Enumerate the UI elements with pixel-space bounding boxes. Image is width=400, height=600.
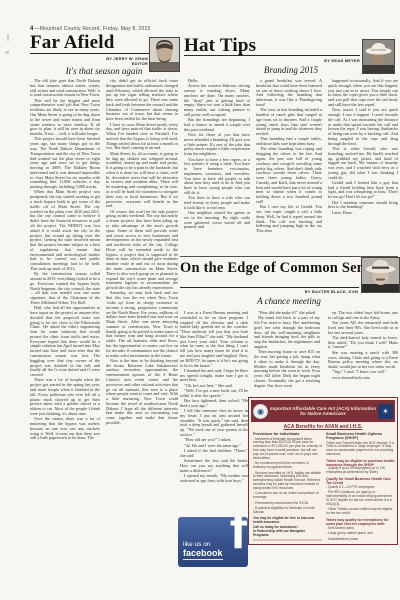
paragraph: - Services provided at I.H.S. facility a… xyxy=(253,472,322,491)
paragraph: - Members of federally recognized tribes… xyxy=(253,438,322,461)
paragraph: The crew at this branding included a han… xyxy=(256,108,322,137)
paragraph: You have to have a wife who can feed twe… xyxy=(184,196,250,210)
paragraph: Across the western Dakotas calving seaso… xyxy=(184,84,250,117)
paragraph: Sometimes the less said the better. How … xyxy=(180,459,248,473)
hat-tips-headline: Branding 2015 xyxy=(184,66,398,75)
paragraph: - Qualify if 1—24 FTE employees xyxy=(326,486,395,490)
paragraph: One neighbor started the gather at six i… xyxy=(184,211,250,230)
paragraph: Ten years AD she remarried and both live… xyxy=(328,321,398,335)
paragraph: - Consumers can do an online comparison … xyxy=(253,492,322,500)
paragraph: Did I mention someone should bring beer … xyxy=(328,201,398,211)
hat-tips-byline: BY DEAN MEYER xyxy=(265,58,360,63)
common-sense-headline: A chance meeting xyxy=(180,297,398,306)
paragraph: I thanked her and said, I hope he likes … xyxy=(180,369,248,383)
paragraph: This is when Gerald, who was branding, n… xyxy=(328,147,398,180)
common-sense-column-2: "How did she make it?" she asked.My mind… xyxy=(254,311,320,395)
paragraph: This project should have been finished y… xyxy=(30,137,100,190)
paragraph: a grand breakfast was served. A breakfas… xyxy=(256,79,322,108)
ad-section-heading: Qualify for Small Business Health Care T… xyxy=(326,477,395,485)
paragraph: - Qualify if up to 50 employees (or in 1… xyxy=(326,467,395,475)
common-sense-byline: BY BAXTER BLACK, DVM xyxy=(240,289,358,294)
scan-mark xyxy=(5,51,9,54)
paragraph: Now is the time to be thinking beyond th… xyxy=(106,359,178,426)
far-afield-column-1: The old joke goes that North Dakota has … xyxy=(30,79,100,550)
ad-section-heading: Tribes may qualify for exemptions for so… xyxy=(326,518,395,526)
aca-ad-header-text: Important Affordable Care Act (ACA) Info… xyxy=(268,406,378,417)
newspaper-page: 4—Mountrail County Record, Friday, May 8… xyxy=(0,0,400,600)
hat-tips-column-1: Hello,Across the western Dakotas calving… xyxy=(184,79,250,251)
hat-tips-column-2: a grand breakfast was served. A breakfas… xyxy=(256,79,322,251)
paragraph: city didn't get its official truck route… xyxy=(106,79,178,122)
common-sense-title: On the Edge of Common Sense xyxy=(180,261,378,276)
aca-left-bullets: - Members of federally recognized tribes… xyxy=(253,438,322,516)
aca-ad-title: ACA Benefits for AI/AN and I.H.S. xyxy=(253,424,393,430)
common-sense-column-1: I was at a Farm Bureau meeting and sched… xyxy=(180,311,248,507)
aca-ad-header: ◉ Important Affordable Care Act (ACA) In… xyxy=(251,400,395,422)
paragraph: Over the winter, there was a lot of mutt… xyxy=(30,417,100,441)
scan-mark xyxy=(7,34,9,41)
paragraph: I was at a Farm Bureau meeting and sched… xyxy=(180,311,248,368)
paragraph: She was running a ranch with 300 cows, r… xyxy=(328,351,398,370)
paragraph: Now, notice I said if you are quick enou… xyxy=(328,108,398,146)
ad-section-heading: Tribes may be eligible to purchase healt… xyxy=(326,459,395,467)
far-afield-column-2: city didn't get its official truck route… xyxy=(106,79,178,550)
paragraph: There was a lot of hoopla when the proje… xyxy=(30,378,100,416)
headline-rule xyxy=(30,53,149,54)
cowboy-hat-mustache-portrait-icon xyxy=(362,258,399,292)
paragraph: - Per IRS Guidance, an agency or instrum… xyxy=(326,491,395,506)
paragraph: The dark-haired lady turned to leave, th… xyxy=(328,336,398,350)
far-afield-headline: It's that season again xyxy=(30,67,178,76)
hat-tips-column-3: happened occasionally. And if you are qu… xyxy=(328,79,398,251)
common-sense-column-3: on. The two oldest boys left home, one t… xyxy=(328,311,398,395)
paragraph: When that Main Street project was postpo… xyxy=(30,190,100,271)
paragraph: - Permanently reauthorized the IHCIA. xyxy=(253,502,322,506)
headline-rule xyxy=(180,287,359,288)
hat-tips-title: Hat Tips xyxy=(184,36,256,55)
headline-rule xyxy=(184,55,360,56)
paragraph: But the brandings are beginning. I had a… xyxy=(184,118,250,132)
paragraph: The other branding was roping and draggi… xyxy=(256,147,322,204)
cms-emblem-icon: ◉ xyxy=(253,404,268,419)
paragraph: - Other Tribally owned entities may be e… xyxy=(326,508,395,516)
paragraph: - Expanded eligibility for Medicaid in N… xyxy=(253,507,322,515)
paragraph: - Grandfathered plans xyxy=(326,538,395,541)
author-photo-baxter-black xyxy=(361,257,400,293)
paragraph: - No enrollment period for members of fe… xyxy=(253,462,322,470)
facebook-ad-line2: facebook xyxy=(183,549,223,560)
aca-ad-right-column: Small Business Health Options Programs (… xyxy=(326,432,395,541)
paragraph: Now for those of you that have never att… xyxy=(184,133,250,157)
far-afield-title: Far Afield xyxy=(30,33,115,52)
paragraph: I have to cross Main Street nearly every… xyxy=(106,123,178,152)
paragraph: Later, Dean xyxy=(328,211,398,216)
paragraph: By the construction season rolled around… xyxy=(30,272,100,305)
paragraph: - Large group market plans, and xyxy=(326,532,395,536)
paragraph: I felt like someone shot an arrow in my … xyxy=(180,409,248,438)
paragraph: You have to have a few ropers, or a few … xyxy=(184,158,250,196)
paragraph: The old joke goes that North Dakota has … xyxy=(30,79,100,98)
paragraph: I asked if she had children. "Three," sh… xyxy=(180,449,248,459)
paragraph: In Partnership with our Navigator Progra… xyxy=(253,530,322,538)
paragraph: Hall, who had all the opportunities to h… xyxy=(30,306,100,378)
paragraph: But I owe my life to Gerald. You see, on… xyxy=(256,205,322,234)
paragraph: I opened my mouth, "My mother was widowe… xyxy=(180,474,248,484)
paragraph: Tribes and Tribal Entities are NOT exemp… xyxy=(326,442,395,457)
facebook-ad-text: like us on facebook xyxy=(183,542,223,560)
far-afield-byline: BY JERRY W. KRAM EDITOR xyxy=(58,56,148,66)
tribal-seal-icon: ✶ xyxy=(378,404,393,419)
aca-left-heading: Provisions for Individuals xyxy=(253,432,322,436)
paragraph: Gerald said I looked like a guy that had… xyxy=(328,181,398,200)
paragraph: My mind slid back to a part of my life I… xyxy=(254,316,320,349)
paragraph: You may be eligible for free or low-cost… xyxy=(253,517,322,525)
paragraph: Someday, we may look back and see that t… xyxy=(106,291,178,358)
aca-ad-left-column: Provisions for Individuals - Members of … xyxy=(253,432,322,541)
aca-contact-box: United Tribes Tribal Leaders Health Boar… xyxy=(253,539,322,541)
paragraph: happened occasionally. And if you are qu… xyxy=(328,79,398,108)
facebook-f-icon: f xyxy=(230,517,247,557)
paragraph: - Self-funded plans xyxy=(326,527,395,531)
paragraph: Then moving house to save $15 on the ren… xyxy=(254,350,320,388)
aca-advertisement: ◉ Important Affordable Care Act (ACA) In… xyxy=(248,397,398,545)
facebook-advertisement: f like us on facebook xyxy=(178,517,248,567)
aca-left-footer: You may be eligible for free or low-cost… xyxy=(253,517,322,538)
paragraph: This will be the biggest and most compre… xyxy=(30,99,100,137)
paragraph: www.baxterblack.com xyxy=(328,376,398,381)
paragraph: Main Street, by all accounts, is going t… xyxy=(106,152,178,209)
paragraph: Of course, this won't be the only projec… xyxy=(106,210,178,291)
aca-right-heading: Small Business Health Options Programs (… xyxy=(326,432,395,440)
aca-right-sections: Tribes and Tribal Entities are NOT exemp… xyxy=(326,442,395,542)
